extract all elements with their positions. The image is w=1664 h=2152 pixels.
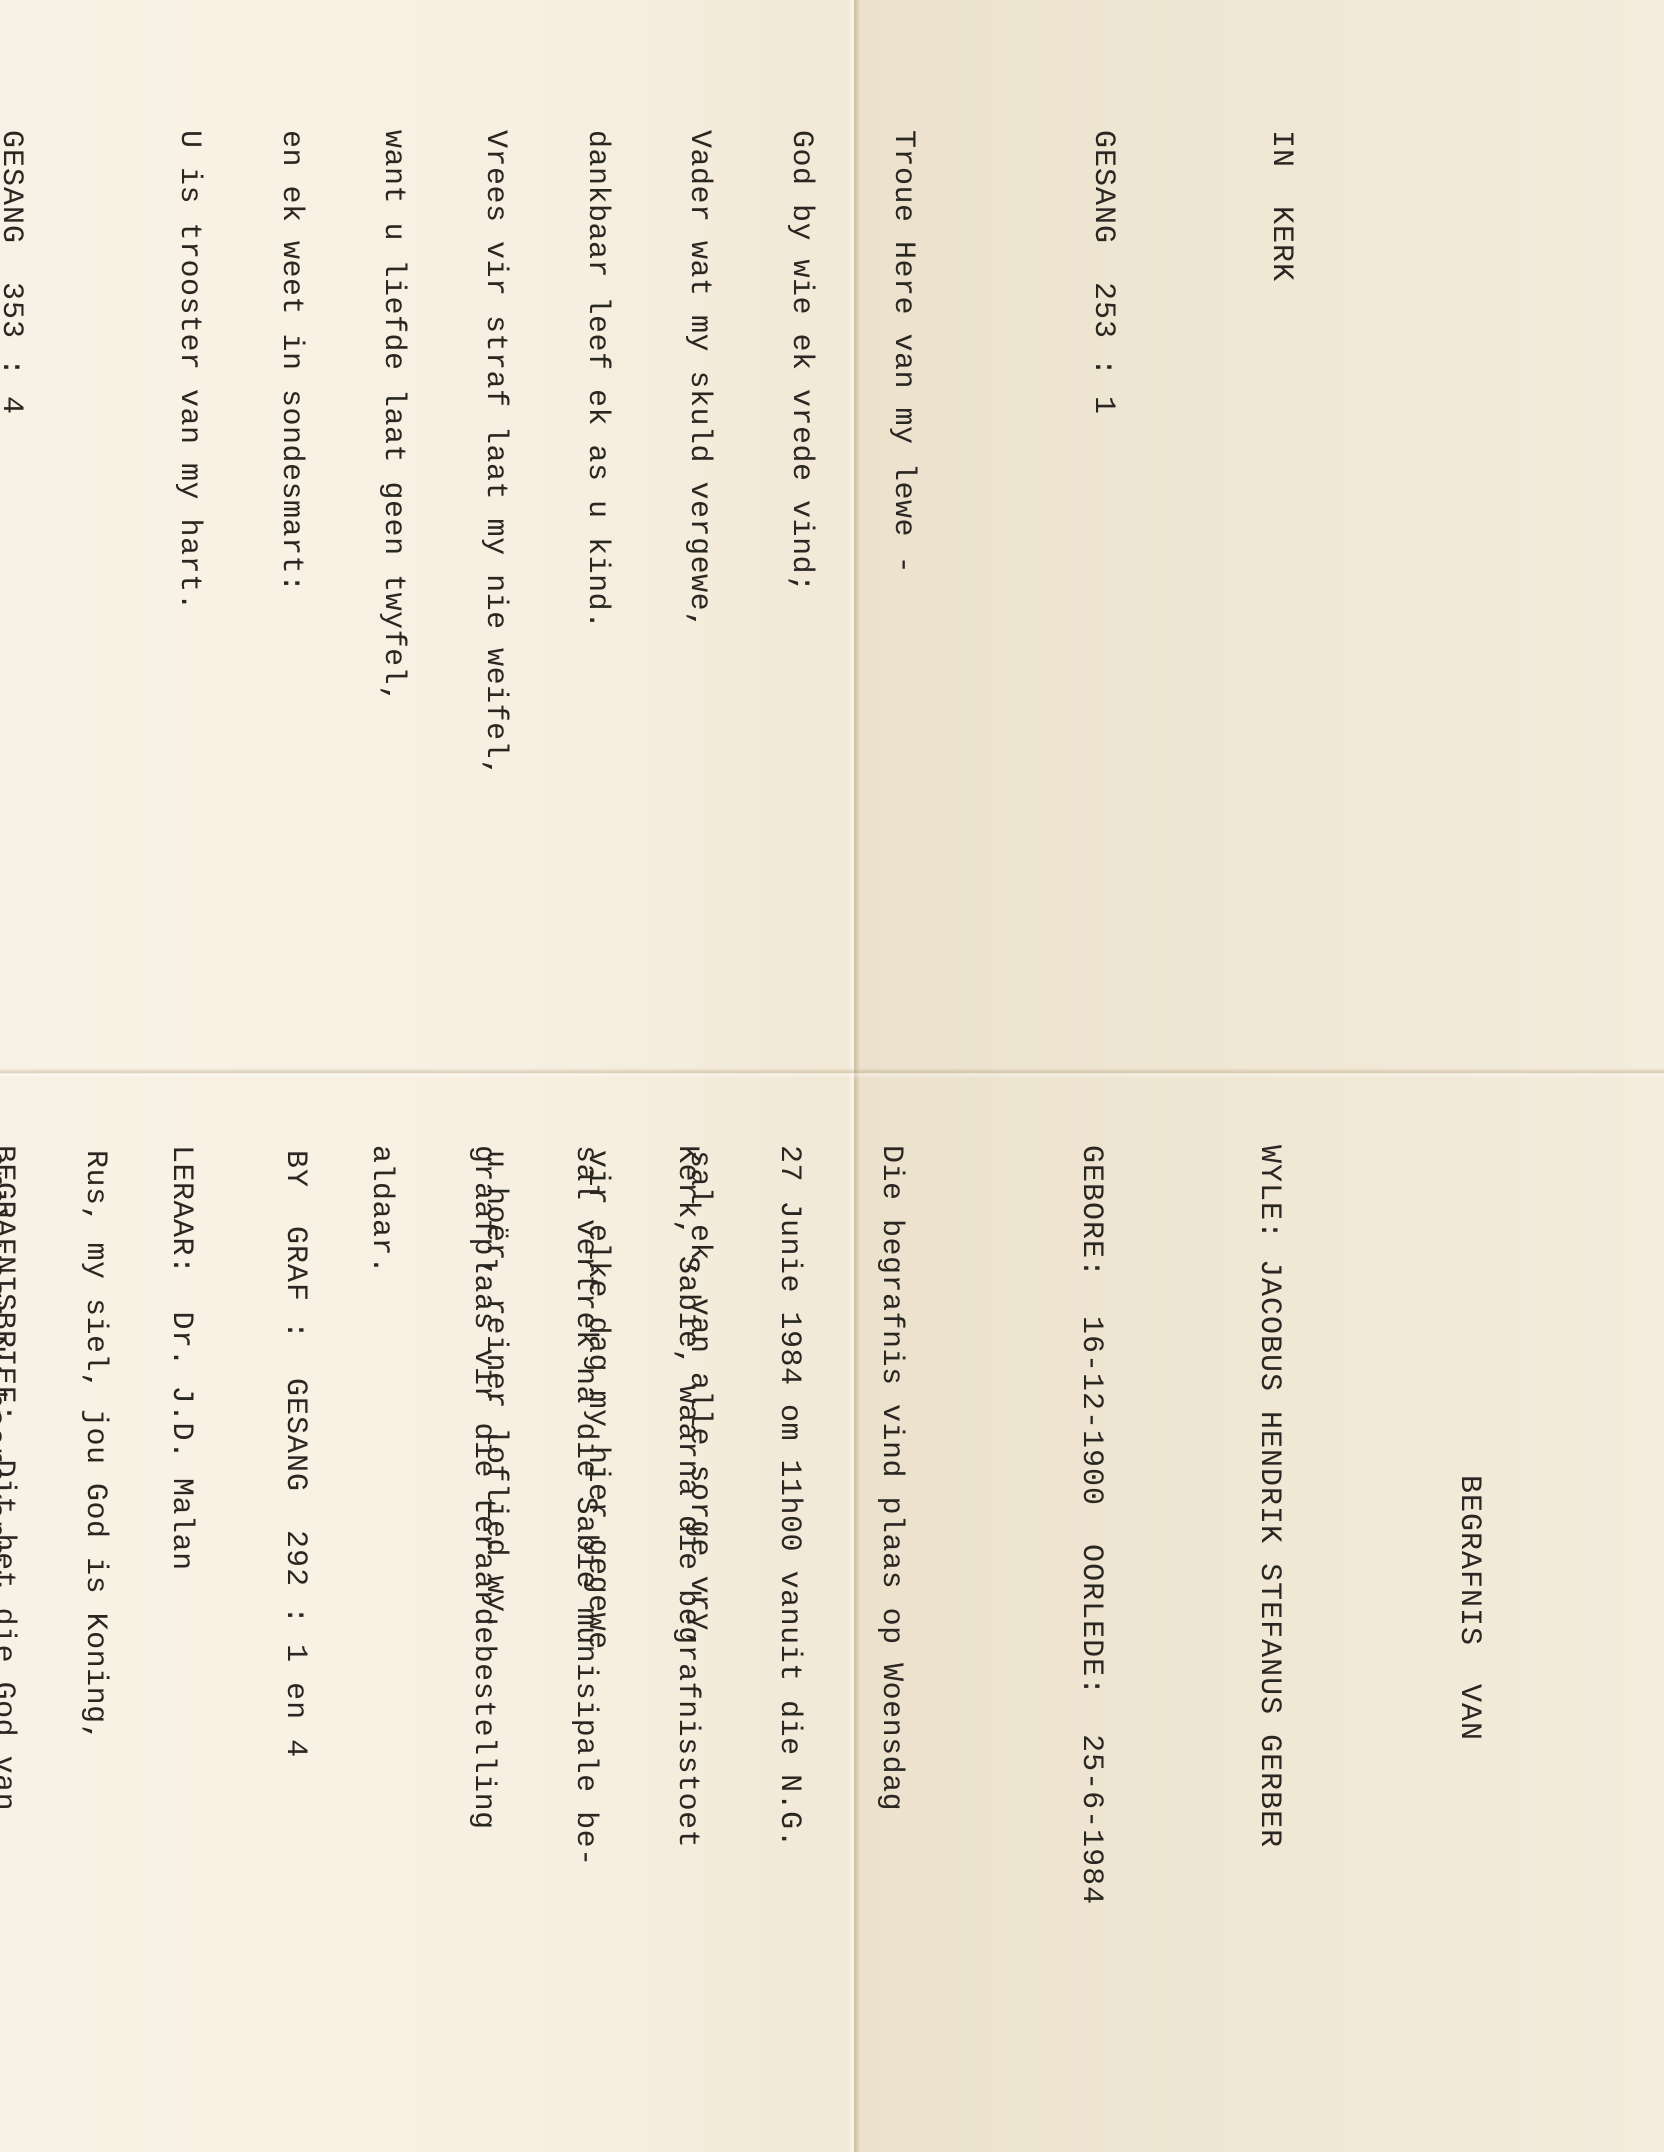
hymn-1-line: Troue Here van my lewe - bbox=[886, 130, 920, 796]
hymn-1-line: God by wie ek vrede vind; bbox=[784, 130, 818, 796]
hymn-1-line: Vrees vir straf laat my nie weifel, bbox=[478, 130, 512, 796]
hymn-2-continued-line: sal ek, van alle sorge vry, bbox=[682, 1150, 716, 1929]
graveside-hymn-label: BY GRAF : GESANG 292 : 1 en 4 bbox=[278, 1150, 312, 1929]
hymn-2-continued-line: u hoër, reiner loflied wy. bbox=[478, 1150, 512, 1929]
hymn-1-line: dankbaar leef ek as u kind. bbox=[580, 130, 614, 796]
graveside-verse-line: Rus, my siel, jou God is Koning, bbox=[78, 1150, 112, 1929]
hymn-2-label: GESANG 353 : 4 bbox=[0, 130, 28, 796]
in-church-heading: IN KERK bbox=[1264, 130, 1298, 796]
hymn-1-line: want u liefde laat geen twyfel, bbox=[376, 130, 410, 796]
hymn-2-continued-line: vir elke dag my hier gegewe bbox=[580, 1150, 614, 1929]
hymn-1-line: Vader wat my skuld vergewe, bbox=[682, 130, 716, 796]
scanned-programme-sheet: BEGRAFNIS VAN WYLE: JACOBUS HENDRIK STEF… bbox=[0, 0, 1664, 2152]
page-3-column: sal ek, van alle sorge vry, vir elke dag… bbox=[0, 1150, 784, 1929]
programme-title: BEGRAFNIS VAN bbox=[1452, 1145, 1486, 1905]
graveside-verse-line: oral voer Hy heerskappy; bbox=[0, 1150, 10, 1929]
hymn-1-line: en ek weet in sondesmart: bbox=[274, 130, 308, 796]
service-notice-line: Die begrafnis vind plaas op Woensdag bbox=[874, 1145, 908, 1905]
deceased-name-line: WYLE: JACOBUS HENDRIK STEFANUS GERBER bbox=[1252, 1145, 1286, 1905]
vertical-fold-crease bbox=[0, 1068, 1664, 1078]
birth-death-dates: GEBORE: 16-12-1900 OORLEDE: 25-6-1984 bbox=[1074, 1145, 1108, 1905]
page-2-column: IN KERK GESANG 253 : 1 Troue Here van my… bbox=[0, 130, 1554, 796]
hymn-1-label: GESANG 253 : 1 bbox=[1086, 130, 1120, 796]
hymn-1-line: U is trooster van my hart. bbox=[172, 130, 206, 796]
